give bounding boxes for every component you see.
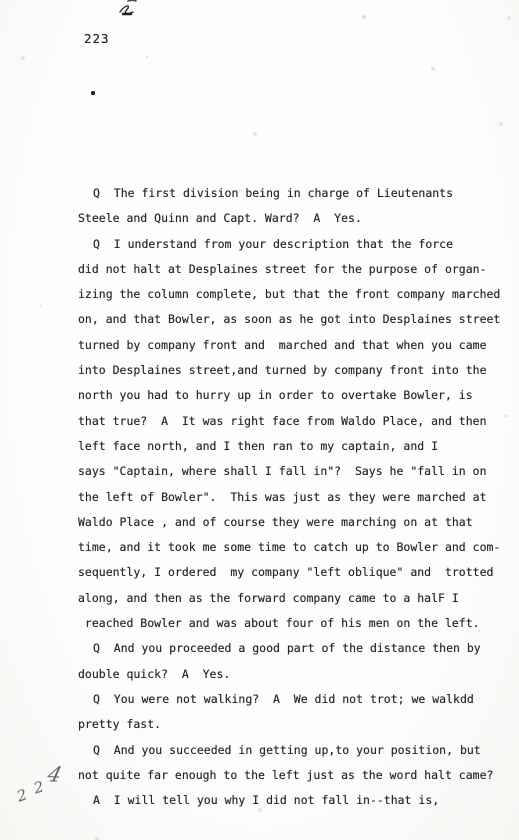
transcript-lines: Q The first division being in charge of … <box>78 181 508 813</box>
text-line: left face north, and I then ran to my ca… <box>78 434 508 459</box>
handwritten-page-note: 224 <box>9 760 85 814</box>
handwritten-digit: 2 <box>32 778 46 798</box>
text-line: turned by company front and marched and … <box>78 333 508 358</box>
handwritten-squiggle-mark <box>114 0 140 20</box>
text-line: Q You were not walking? A We did not tro… <box>78 687 508 712</box>
handwritten-digit: 4 <box>45 762 64 786</box>
text-line: izing the column complete, but that the … <box>78 282 508 307</box>
text-line: A I will tell you why I did not fall in-… <box>78 788 508 813</box>
text-line: Q And you succeeded in getting up,to you… <box>78 738 508 763</box>
ink-dot <box>91 91 95 95</box>
text-line: the left of Bowler". This was just as th… <box>78 485 508 510</box>
text-line: that true? A It was right face from Wald… <box>78 409 508 434</box>
handwritten-digit: 2 <box>15 785 30 805</box>
text-line: Q And you proceeded a good part of the d… <box>78 636 508 661</box>
text-line: Waldo Place , and of course they were ma… <box>78 510 508 535</box>
text-line: reached Bowler and was about four of his… <box>78 611 508 636</box>
text-line: sequently, I ordered my company "left ob… <box>78 560 508 585</box>
text-line: did not halt at Desplaines street for th… <box>78 257 508 282</box>
text-line: double quick? A Yes. <box>78 662 508 687</box>
paper-speckles <box>0 0 2 2</box>
text-line: says "Captain, where shall I fall in"? S… <box>78 459 508 484</box>
text-line: Q The first division being in charge of … <box>78 181 508 206</box>
text-line: north you had to hurry up in order to ov… <box>78 383 508 408</box>
text-line: Steele and Quinn and Capt. Ward? A Yes. <box>78 206 508 231</box>
text-line: pretty fast. <box>78 712 508 737</box>
text-line: time, and it took me some time to catch … <box>78 535 508 560</box>
page-number: 223 <box>84 31 110 46</box>
scanned-document-page: 223 Q The first division being in charge… <box>0 0 519 840</box>
text-line: not quite far enough to the left just as… <box>78 763 508 788</box>
text-line: Q I understand from your description tha… <box>78 232 508 257</box>
text-line: along, and then as the forward company c… <box>78 586 508 611</box>
text-line: into Desplaines street,and turned by com… <box>78 358 508 383</box>
text-line: on, and that Bowler, as soon as he got i… <box>78 307 508 332</box>
